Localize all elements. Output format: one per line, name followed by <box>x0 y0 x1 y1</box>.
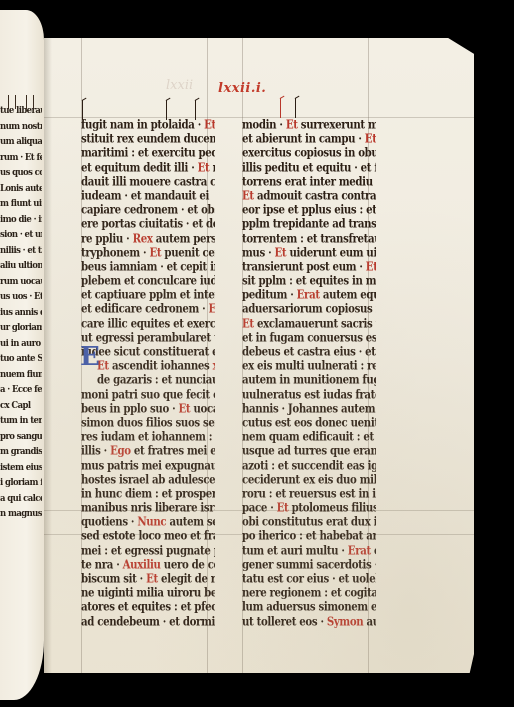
facing-page-line: tuo ante Sorem <box>0 351 42 368</box>
manuscript-line: po iherico : et habebat argen <box>242 528 376 544</box>
manuscript-line: te nra · Auxiliu uero de celo uo <box>81 557 215 573</box>
facing-page-line: tue liberauit ma <box>0 104 42 120</box>
facing-page-line: rum · Et fecit <box>0 150 42 167</box>
facing-page-line: nuem fiunt <box>0 367 42 384</box>
text-column-left: fugit nam in ptolaida · Et custituit rex… <box>81 118 215 629</box>
manuscript-line: re ppliu · Rex autem persequebat <box>81 230 215 246</box>
ruling-line-horizontal <box>44 534 474 535</box>
manuscript-line: res iudam et iohannem : et ait <box>81 429 215 445</box>
facing-page-line: tum in terram <box>0 413 42 430</box>
ruling-line-horizontal <box>44 510 474 511</box>
facing-page-line: ius annis qui <box>0 305 42 322</box>
manuscript-line: mus · Et uiderunt eum uiri · et <box>242 245 376 261</box>
manuscript-line: atores et equites : et pfecti sunt <box>81 599 215 615</box>
facing-page-line: pro sanguinis <box>0 429 42 446</box>
manuscript-folio: lxxii lxxii.i. fugit nam in ptolaida · E… <box>44 38 474 673</box>
manuscript-line: tatu est cor eius · et uolebat obti <box>242 571 376 587</box>
manuscript-line: ut tolleret eos · Symon autem p <box>242 613 376 629</box>
facing-page-line: niliis · et timen <box>0 243 42 260</box>
manuscript-line: hannis · Johannes autem inse <box>242 401 376 417</box>
manuscript-line: tryphonem · Et puenit cende <box>81 245 215 261</box>
manuscript-line: ad cendebeum · et dormierunt in <box>81 613 215 629</box>
facing-page-line: us uos · Et <box>0 289 42 306</box>
manuscript-line: ne uiginti milia uiroru belliger <box>81 585 215 601</box>
manuscript-line: et captiuare pplm et interficere : <box>81 287 215 303</box>
manuscript-line: roru : et reuersus est in iudea in <box>242 486 376 502</box>
manuscript-line: nere regionem : et cogitabat do <box>242 585 376 601</box>
text-column-right: modin · Et surrexerunt mane :et abierunt… <box>242 118 376 629</box>
manuscript-line: illis · Ego et fratres mei et do <box>81 443 215 459</box>
manuscript-line: ut egressi perambularet uiam <box>81 330 215 346</box>
manuscript-line: biscum sit · Et elegit de regio <box>81 571 215 587</box>
facing-page-line: a · Ecce fecit <box>0 382 42 399</box>
manuscript-line: ceciderunt ex eis duo milia ui <box>242 472 376 488</box>
ruling-line-horizontal <box>44 117 474 118</box>
manuscript-line: Et ascendit iohannes xiiii <box>81 358 215 374</box>
ascender-stroke <box>82 100 83 120</box>
manuscript-line: peditum · Erat autem equitatus <box>242 287 376 303</box>
manuscript-line: capiare cedronem · et obstru <box>81 202 215 218</box>
ruling-line-vertical <box>242 38 243 673</box>
manuscript-line: plebem et conculcare iudea <box>81 273 215 289</box>
manuscript-line: iudee sicut constituerat ei rex · Capl <box>81 344 215 360</box>
manuscript-line: maritimi : et exercitu peditu <box>81 145 215 161</box>
manuscript-line: sit pplm : et equites in medio <box>242 273 376 289</box>
manuscript-line: pplm trepidante ad transfretandu <box>242 216 376 232</box>
manuscript-line: pace · Et ptolomeus filius ab <box>242 500 376 516</box>
manuscript-line: autem in munitionem fugerunt · Tūc <box>242 372 376 388</box>
manuscript-line: sed estote loco meo et fratris <box>81 528 215 544</box>
manuscript-line: mus patris mei expugnauimus <box>81 457 215 473</box>
manuscript-line: et in fugam conuersus est cen <box>242 330 376 346</box>
ruling-line-vertical <box>207 38 208 673</box>
manuscript-line: torrentem : et transfretauit pri <box>242 230 376 246</box>
manuscript-line: illis peditu et equitu · et fluuius <box>242 159 376 175</box>
facing-page-line: sion · et unum <box>0 227 42 244</box>
facing-page-line: um aliquando tib <box>0 134 42 151</box>
manuscript-line: ere portas ciuitatis · et debella <box>81 216 215 232</box>
facing-page-text: tue liberauit manum nostram ex ium aliqu… <box>0 104 42 568</box>
facing-page-line: m grandis ab <box>0 444 42 461</box>
manuscript-line: care illic equites et exercitu : <box>81 316 215 332</box>
show-through-text: lxxii <box>166 78 193 93</box>
ascender-stroke <box>295 98 296 118</box>
manuscript-line: modin · Et surrexerunt mane : <box>242 117 376 133</box>
manuscript-line: transierunt post eum · Et diui <box>242 259 376 275</box>
facing-page-line: i gloriam facti <box>0 475 42 492</box>
facing-page-line: a qui calce tu <box>0 491 42 508</box>
manuscript-line: in hunc diem : et prosperatu est in <box>81 486 215 502</box>
gutter-shadow <box>44 38 52 673</box>
manuscript-line: stituit rex eundem ducem <box>81 131 215 147</box>
running-head: lxxii.i. <box>218 81 266 96</box>
manuscript-line: beus iamniam · et cepit irritare <box>81 259 215 275</box>
manuscript-line: torrens erat inter mediu ipsos · <box>242 174 376 190</box>
facing-page-line: ur gloriam fecit <box>0 320 42 337</box>
facing-page-line: imo die · ingre <box>0 212 42 229</box>
ruling-line-vertical <box>368 38 369 673</box>
manuscript-line: nem quam edificauit : et fugerunt <box>242 429 376 445</box>
facing-page-line: Lonis aute auo <box>0 181 42 198</box>
facing-page-line: num nostram ex i <box>0 119 42 136</box>
manuscript-line: eor ipse et pplus eius : et uidit <box>242 202 376 218</box>
manuscript-line: uulneratus est iudas frater io <box>242 386 376 402</box>
ascender-stroke <box>166 100 167 120</box>
decorated-initial: E <box>80 344 100 370</box>
manuscript-line: beus in pplo suo · Et uocauit <box>81 401 215 417</box>
facing-page-line: cx Capl <box>0 398 42 415</box>
manuscript-line: azoti : et succendit eas igni · Et <box>242 457 376 473</box>
manuscript-line: de gazaris : et nunciauit si <box>81 372 215 388</box>
manuscript-line: exercitus copiosus in obuiam <box>242 145 376 161</box>
facing-page-line: istem eiusdem <box>0 460 42 477</box>
manuscript-line: quotiens · Nunc autem senui : <box>81 514 215 530</box>
facing-page-line: m fiunt uin <box>0 196 42 213</box>
manuscript-line: lum aduersus simonem et filios eius <box>242 599 376 615</box>
manuscript-line: dauit illi mouere castra contra <box>81 174 215 190</box>
manuscript-line: debeus et castra eius · et ceciderunt <box>242 344 376 360</box>
ruling-line-vertical <box>81 38 82 673</box>
manuscript-line: mei : et egressi pugnate pro gen <box>81 543 215 559</box>
manuscript-line: manibus nris liberare israel ali <box>81 500 215 516</box>
facing-page-line: rum uocauit <box>0 274 42 291</box>
facing-page-line: us quos contem <box>0 165 42 182</box>
manuscript-line: cutus est eos donec uenit cedro <box>242 415 376 431</box>
manuscript-line: et equitum dedit illi · Et man <box>81 159 215 175</box>
manuscript-line: usque ad turres que erant in agris <box>242 443 376 459</box>
manuscript-line: simon duos filios suos senio <box>81 415 215 431</box>
manuscript-line: et abierunt in campu · Et ecce <box>242 131 376 147</box>
facing-page-line: n magnus · Tunc <box>0 506 42 523</box>
manuscript-line: iudeam · et mandauit ei <box>81 188 215 204</box>
manuscript-line: aduersariorum copiosus nimis · <box>242 301 376 317</box>
ascender-stroke-red <box>280 98 281 118</box>
manuscript-line: tum et auri multu · Erat enim <box>242 543 376 559</box>
manuscript-line: Et admouit castra contra faciē <box>242 188 376 204</box>
manuscript-line: obi constitutus erat dux in cam <box>242 514 376 530</box>
facing-page-line: aliu ultionum <box>0 258 42 275</box>
facing-page: tue liberauit manum nostram ex ium aliqu… <box>0 10 44 700</box>
ascender-stroke <box>195 100 196 120</box>
manuscript-line: ex eis multi uulnerati : residui <box>242 358 376 374</box>
manuscript-line: Et exclamauerunt sacris tubis : <box>242 316 376 332</box>
manuscript-line: hostes israel ab adulescentia usque <box>81 472 215 488</box>
facing-page-line: ui in auro et <box>0 336 42 353</box>
manuscript-line: fugit nam in ptolaida · Et cu <box>81 117 215 133</box>
manuscript-line: gener summi sacerdotis · Et exal <box>242 557 376 573</box>
manuscript-line: moni patri suo que fecit cende <box>81 386 215 402</box>
manuscript-line: et edificare cedronem · Et collo <box>81 301 215 317</box>
